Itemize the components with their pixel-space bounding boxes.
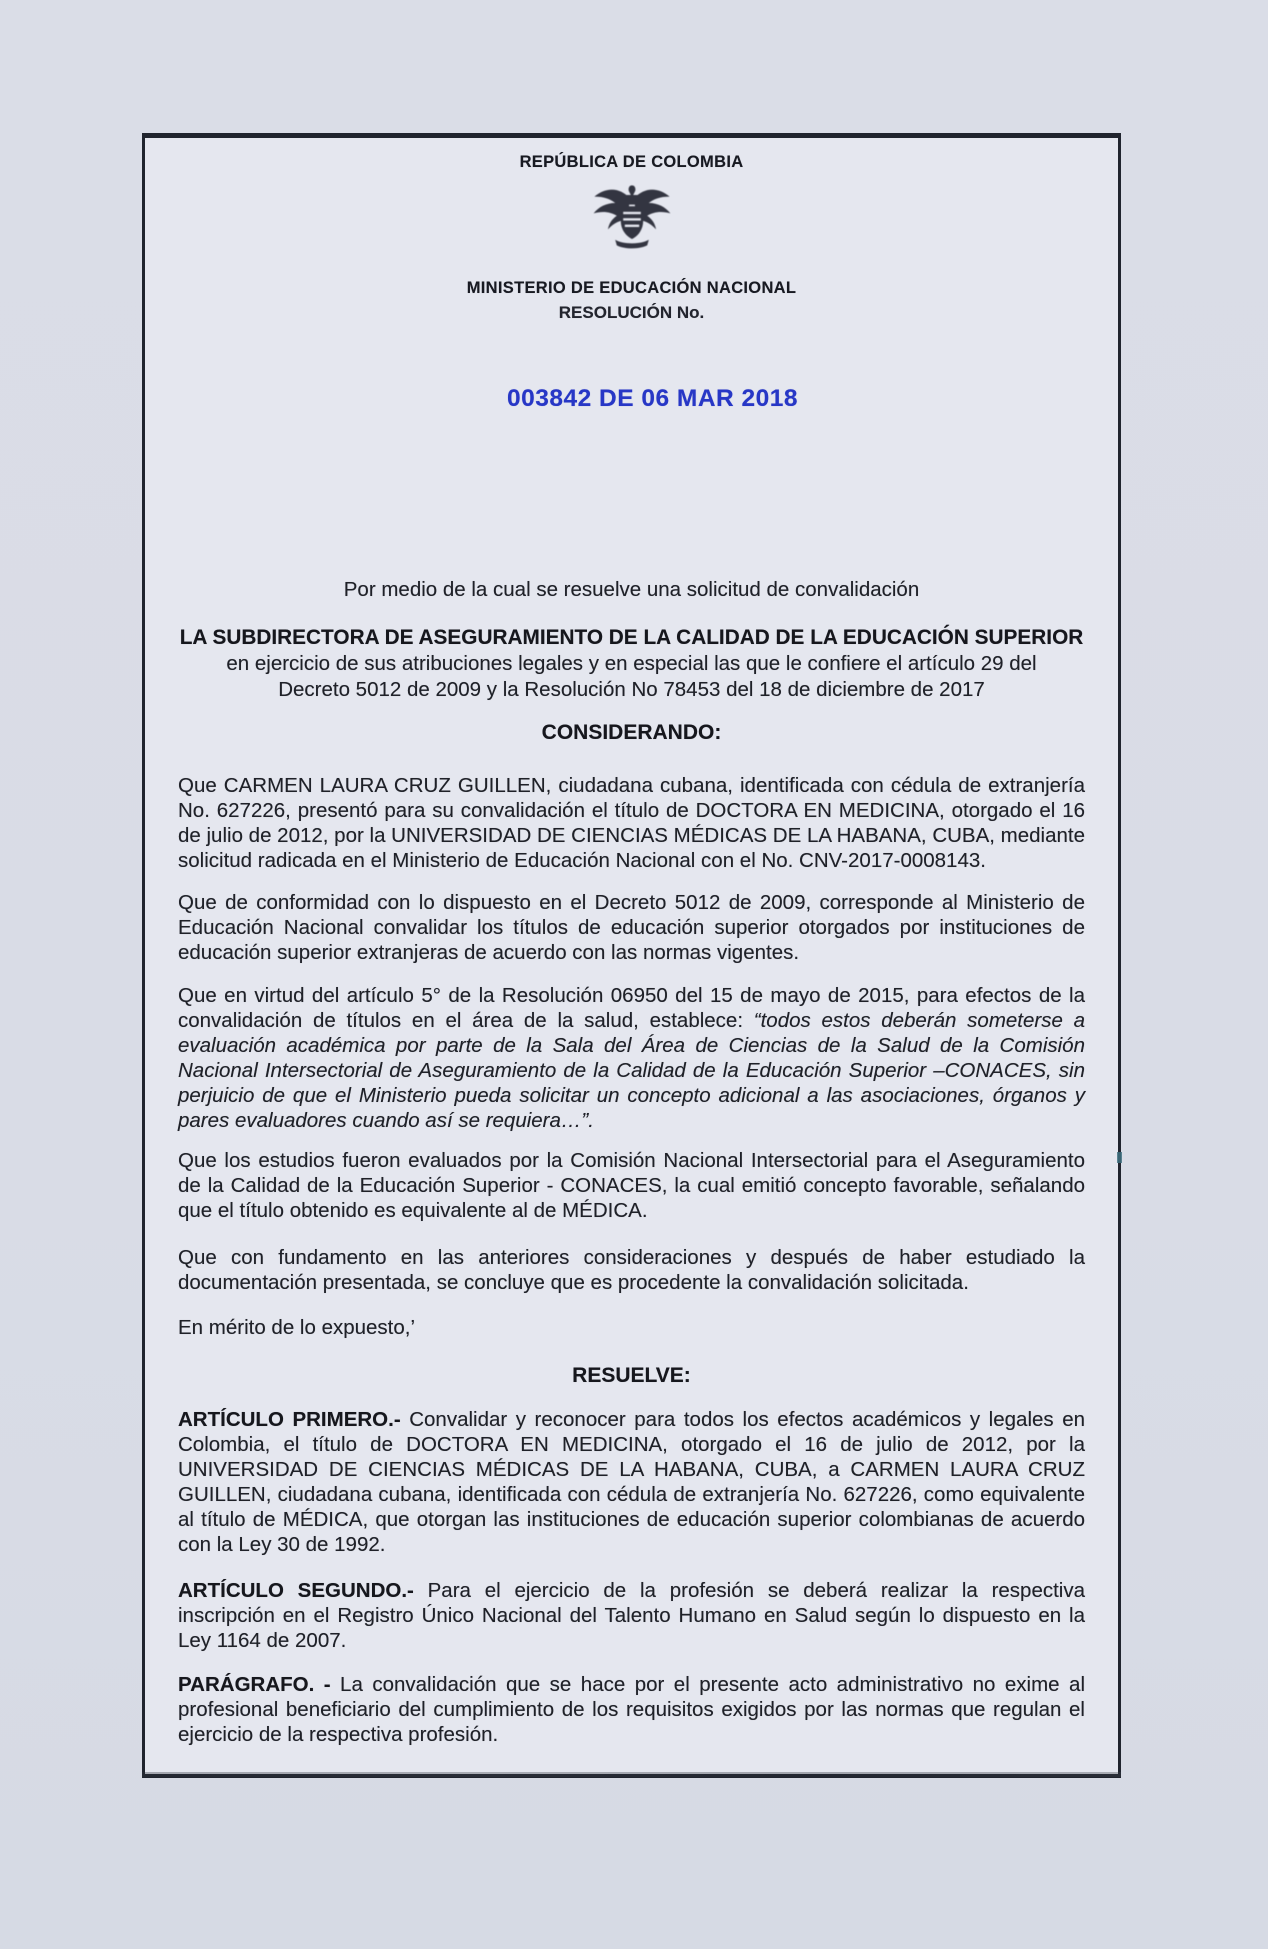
document-page: REPÚBLICA DE COLOMBIA [142, 133, 1121, 1778]
authority-block: LA SUBDIRECTORA DE ASEGURAMIENTO DE LA C… [178, 625, 1085, 703]
document-header: REPÚBLICA DE COLOMBIA [178, 152, 1085, 413]
scan-artifact-speck [1117, 1152, 1122, 1163]
merit-line: En mérito de lo expuesto,’ [178, 1315, 1085, 1340]
republic-title: REPÚBLICA DE COLOMBIA [178, 152, 1085, 172]
authority-title: LA SUBDIRECTORA DE ASEGURAMIENTO DE LA C… [178, 625, 1085, 651]
colombia-coat-of-arms-icon [588, 180, 676, 258]
paragrafo-label: PARÁGRAFO. - [178, 1673, 331, 1696]
resuelve-heading: RESUELVE: [178, 1363, 1085, 1388]
resolution-number: 003842 DE 06 MAR 2018 [199, 385, 1106, 413]
authority-attribution-line-2: Decreto 5012 de 2009 y la Resolución No … [178, 677, 1085, 703]
paragrafo: PARÁGRAFO. - La convalidación que se hac… [178, 1672, 1085, 1747]
article-primero-label: ARTÍCULO PRIMERO.- [178, 1408, 401, 1431]
scan-background: REPÚBLICA DE COLOMBIA [0, 0, 1268, 1949]
article-segundo: ARTÍCULO SEGUNDO.- Para el ejercicio de … [178, 1578, 1085, 1653]
article-segundo-label: ARTÍCULO SEGUNDO.- [178, 1579, 414, 1602]
considerando-paragraph-4: Que los estudios fueron evaluados por la… [178, 1148, 1085, 1223]
considerando-paragraph-2: Que de conformidad con lo dispuesto en e… [178, 890, 1085, 965]
subject-line: Por medio de la cual se resuelve una sol… [178, 577, 1085, 602]
considerando-paragraph-5: Que con fundamento en las anteriores con… [178, 1245, 1085, 1295]
article-primero: ARTÍCULO PRIMERO.- Convalidar y reconoce… [178, 1407, 1085, 1557]
considerando-paragraph-3: Que en virtud del artículo 5° de la Reso… [178, 983, 1085, 1133]
considerando-heading: CONSIDERANDO: [178, 720, 1085, 745]
considerando-paragraph-1: Que CARMEN LAURA CRUZ GUILLEN, ciudadana… [178, 773, 1085, 873]
ministry-title: MINISTERIO DE EDUCACIÓN NACIONAL [178, 278, 1085, 299]
scan-artifact-bottom-edge [142, 1772, 1121, 1777]
resolution-label: RESOLUCIÓN No. [178, 303, 1085, 323]
authority-attribution-line-1: en ejercicio de sus atribuciones legales… [178, 651, 1085, 677]
